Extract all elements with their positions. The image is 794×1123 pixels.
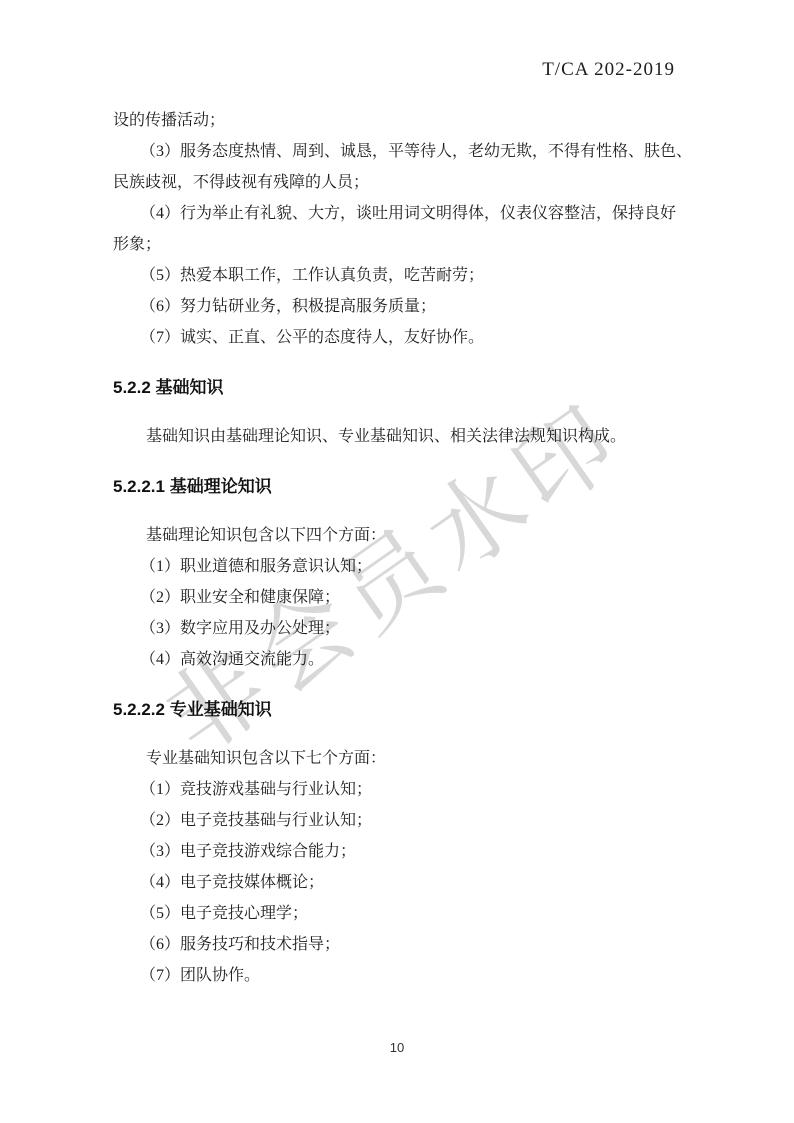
- text-line: 民族歧视，不得歧视有残障的人员；: [113, 167, 684, 198]
- list-item: （4）行为举止有礼貌、大方，谈吐用词文明得体，仪表仪容整洁，保持良好: [113, 198, 684, 229]
- paragraph: 基础知识由基础理论知识、专业基础知识、相关法律法规知识构成。: [113, 421, 684, 452]
- section-heading-5-2-2-2: 5.2.2.2 专业基础知识: [113, 694, 684, 725]
- text-line: 形象；: [113, 229, 684, 260]
- section-heading-5-2-2-1: 5.2.2.1 基础理论知识: [113, 471, 684, 502]
- list-item: （1）竞技游戏基础与行业认知；: [113, 774, 684, 805]
- list-item: （5）电子竞技心理学；: [113, 898, 684, 929]
- list-item: （7）团队协作。: [113, 960, 684, 991]
- list-item: （3）数字应用及办公处理；: [113, 613, 684, 644]
- list-item: （4）高效沟通交流能力。: [113, 644, 684, 675]
- paragraph: 基础理论知识包含以下四个方面：: [113, 520, 684, 551]
- page-number: 10: [390, 1040, 404, 1055]
- document-page: 非会员水印 T/CA 202-2019 设的传播活动； （3）服务态度热情、周到…: [0, 0, 794, 1123]
- list-item: （3）服务态度热情、周到、诚恳，平等待人，老幼无欺，不得有性格、肤色、: [113, 136, 684, 167]
- document-content: 设的传播活动； （3）服务态度热情、周到、诚恳，平等待人，老幼无欺，不得有性格、…: [0, 105, 794, 991]
- list-item: （1）职业道德和服务意识认知；: [113, 551, 684, 582]
- section-heading-5-2-2: 5.2.2 基础知识: [113, 372, 684, 403]
- list-item: （3）电子竞技游戏综合能力；: [113, 836, 684, 867]
- list-item: （2）职业安全和健康保障；: [113, 582, 684, 613]
- list-item: （5）热爱本职工作，工作认真负责，吃苦耐劳；: [113, 260, 684, 291]
- standard-code: T/CA 202-2019: [542, 59, 675, 80]
- list-item: （4）电子竞技媒体概论；: [113, 867, 684, 898]
- page-footer: 10: [0, 1040, 794, 1055]
- list-item: （2）电子竞技基础与行业认知；: [113, 805, 684, 836]
- list-item: （6）服务技巧和技术指导；: [113, 929, 684, 960]
- page-header: T/CA 202-2019: [0, 0, 794, 82]
- list-item: （6）努力钻研业务，积极提高服务质量；: [113, 291, 684, 322]
- text-line: 设的传播活动；: [113, 105, 684, 136]
- list-item: （7）诚实、正直、公平的态度待人，友好协作。: [113, 322, 684, 353]
- paragraph: 专业基础知识包含以下七个方面：: [113, 743, 684, 774]
